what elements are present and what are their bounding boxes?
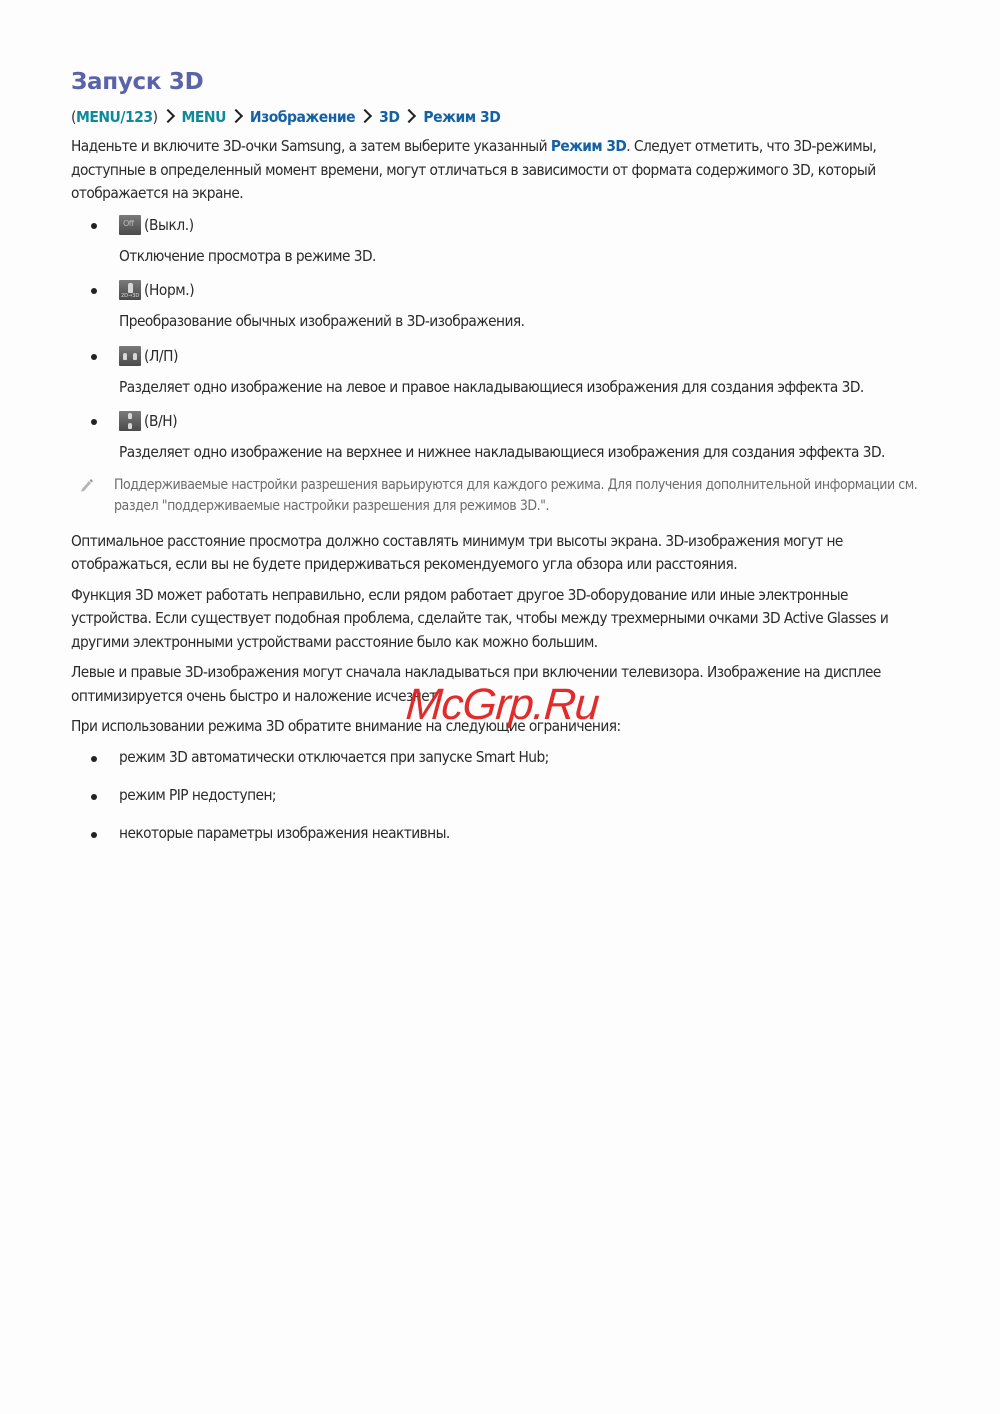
paragraph-overlap: Левые и правые 3D-изображения могут снач… [71,661,931,708]
mode-label: (Выкл.) [144,216,194,234]
breadcrumb: (MENU/123)MENUИзображение3DРежим 3D [71,107,931,127]
note-text: Поддерживаемые настройки разрешения варь… [114,475,931,518]
top-bottom-icon [119,411,141,431]
intro-text: Наденьте и включите 3D-очки Samsung, а з… [71,137,551,155]
mode-item-normal: 2D→3D (Норм.) Преобразование обычных изо… [71,278,931,334]
list-item: режим PIP недоступен; [71,784,931,822]
bullet-icon [91,832,97,838]
limitation-text: режим PIP недоступен; [119,784,931,808]
page-title: Запуск 3D [71,66,931,98]
breadcrumb-picture: Изображение [250,108,355,126]
pencil-icon [80,478,94,492]
bullet-icon [91,419,97,425]
mode-item-off: (Выкл.) Отключение просмотра в режиме 3D… [71,213,931,269]
mode-label: (В/Н) [144,412,177,430]
3d-off-icon [119,215,141,235]
mode-description: Разделяет одно изображение на верхнее и … [119,441,931,465]
mode-label: (Л/П) [144,347,178,365]
chevron-right-icon [160,109,174,123]
paragraph-interference: Функция 3D может работать неправильно, е… [71,584,931,655]
mode-item-side-by-side: (Л/П) Разделяет одно изображение на лево… [71,344,931,400]
mode-label: (Норм.) [144,281,194,299]
breadcrumb-menu-123: MENU/123 [76,108,153,126]
list-item: некоторые параметры изображения неактивн… [71,822,931,860]
limitation-text: режим 3D автоматически отключается при з… [119,746,931,770]
bullet-icon [91,794,97,800]
bullet-icon [91,223,97,229]
chevron-right-icon [229,109,243,123]
breadcrumb-menu: MENU [182,108,226,126]
breadcrumb-3d-mode: Режим 3D [423,108,500,126]
bullet-icon [91,354,97,360]
icon-caption: 2D→3D [121,293,139,299]
limitation-text: некоторые параметры изображения неактивн… [119,822,931,846]
paragraph-limitations-intro: При использовании режима 3D обратите вни… [71,715,931,739]
paragraph-viewing-distance: Оптимальное расстояние просмотра должно … [71,530,931,577]
bullet-icon [91,288,97,294]
note-block: Поддерживаемые настройки разрешения варь… [71,475,931,518]
limitations-list: режим 3D автоматически отключается при з… [71,746,931,860]
mode-description: Отключение просмотра в режиме 3D. [119,245,931,269]
bullet-icon [91,756,97,762]
list-item: режим 3D автоматически отключается при з… [71,746,931,784]
2d-to-3d-icon: 2D→3D [119,280,141,300]
chevron-right-icon [358,109,372,123]
intro-highlight: Режим 3D [551,137,626,155]
intro-paragraph: Наденьте и включите 3D-очки Samsung, а з… [71,135,931,206]
mode-description: Преобразование обычных изображений в 3D-… [119,310,931,334]
breadcrumb-3d: 3D [379,108,399,126]
chevron-right-icon [402,109,416,123]
manual-page: Запуск 3D (MENU/123)MENUИзображение3DРеж… [71,66,931,860]
mode-item-top-bottom: (В/Н) Разделяет одно изображение на верх… [71,409,931,465]
mode-list: (Выкл.) Отключение просмотра в режиме 3D… [71,213,931,465]
side-by-side-icon [119,346,141,366]
breadcrumb-paren: ) [153,108,158,126]
mode-description: Разделяет одно изображение на левое и пр… [119,376,931,400]
